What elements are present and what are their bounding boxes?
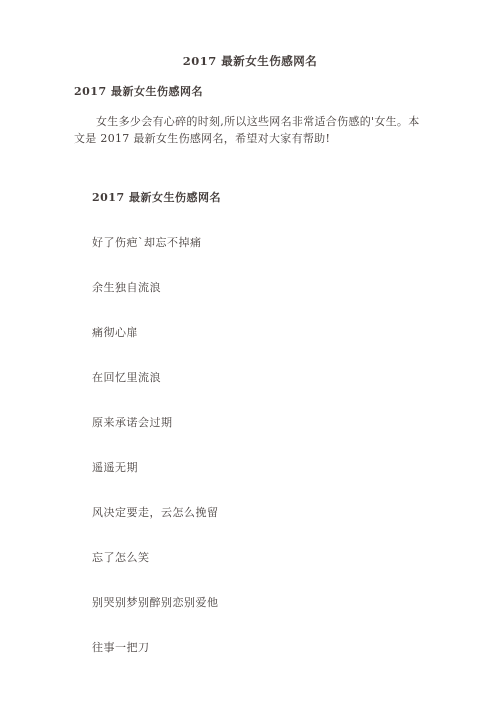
- intro-paragraph: 女生多少会有心碎的时刻,所以这些网名非常适合伤感的'女生。本文是 2017 最新…: [74, 113, 430, 147]
- document-title: 2017 最新女生伤感网名: [0, 0, 500, 67]
- section-heading: 2017 最新女生伤感网名: [92, 192, 428, 204]
- list-item: 遥遥无期: [92, 462, 428, 474]
- list-item: 余生独自流浪: [92, 282, 428, 294]
- list-item: 往事一把刀: [92, 642, 428, 654]
- list-item: 好了伤疤ˋ却忘不掉痛: [92, 237, 428, 249]
- list-item: 在回忆里流浪: [92, 372, 428, 384]
- document-page: 2017 最新女生伤感网名 2017 最新女生伤感网名 女生多少会有心碎的时刻,…: [0, 0, 500, 708]
- list-item: 原来承诺会过期: [92, 417, 428, 429]
- list-item: 忘了怎么笑: [92, 552, 428, 564]
- document-subtitle: 2017 最新女生伤感网名: [74, 86, 428, 98]
- list-item: 风决定要走，云怎么挽留: [92, 507, 428, 519]
- list-item: 痛彻心扉: [92, 327, 428, 339]
- name-list: 好了伤疤ˋ却忘不掉痛余生独自流浪痛彻心扉在回忆里流浪原来承诺会过期遥遥无期风决定…: [0, 237, 500, 654]
- list-item: 别哭别梦别醉别恋别爱他: [92, 597, 428, 609]
